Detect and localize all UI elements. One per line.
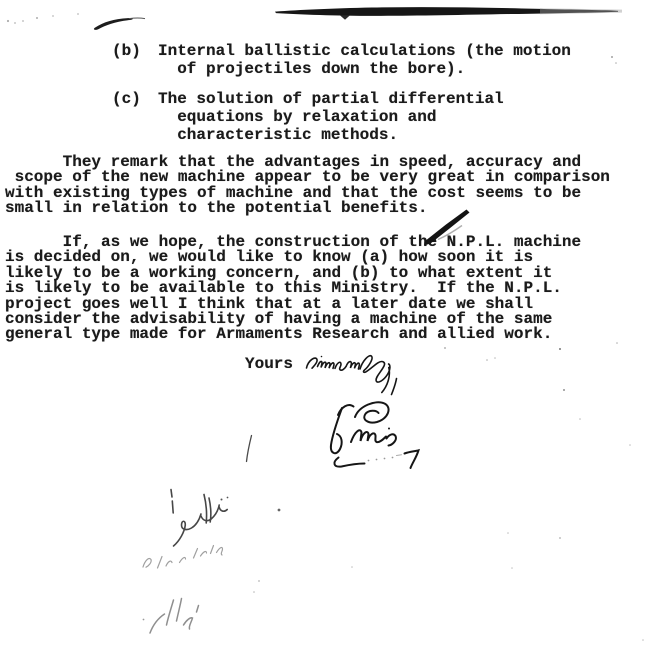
paragraph-advantages: They remark that the advantages in speed… [5, 155, 610, 217]
handwritten-sincerely [307, 356, 397, 395]
scanned-letter-page: (b) Internal ballistic calculations (the… [0, 0, 650, 661]
pencil-annotations [143, 490, 229, 634]
list-item-c-text: The solution of partial differential equ… [158, 90, 504, 144]
list-item-c-label: (c) [112, 90, 158, 108]
paragraph-npl-machine: If, as we hope, the construction of the … [5, 235, 581, 343]
signature-dotted-trail [368, 457, 394, 462]
list-item-c: (c) The solution of partial differential… [112, 90, 504, 144]
list-item-b-label: (b) [112, 42, 158, 60]
list-item-b: (b) Internal ballistic calculations (the… [112, 42, 571, 78]
closing-yours: Yours [245, 356, 293, 372]
scan-edge-bar-icon [275, 7, 622, 20]
list-item-b-text: Internal ballistic calculations (the mot… [158, 42, 571, 78]
signature [247, 402, 419, 468]
pen-swoosh-icon [94, 18, 145, 30]
